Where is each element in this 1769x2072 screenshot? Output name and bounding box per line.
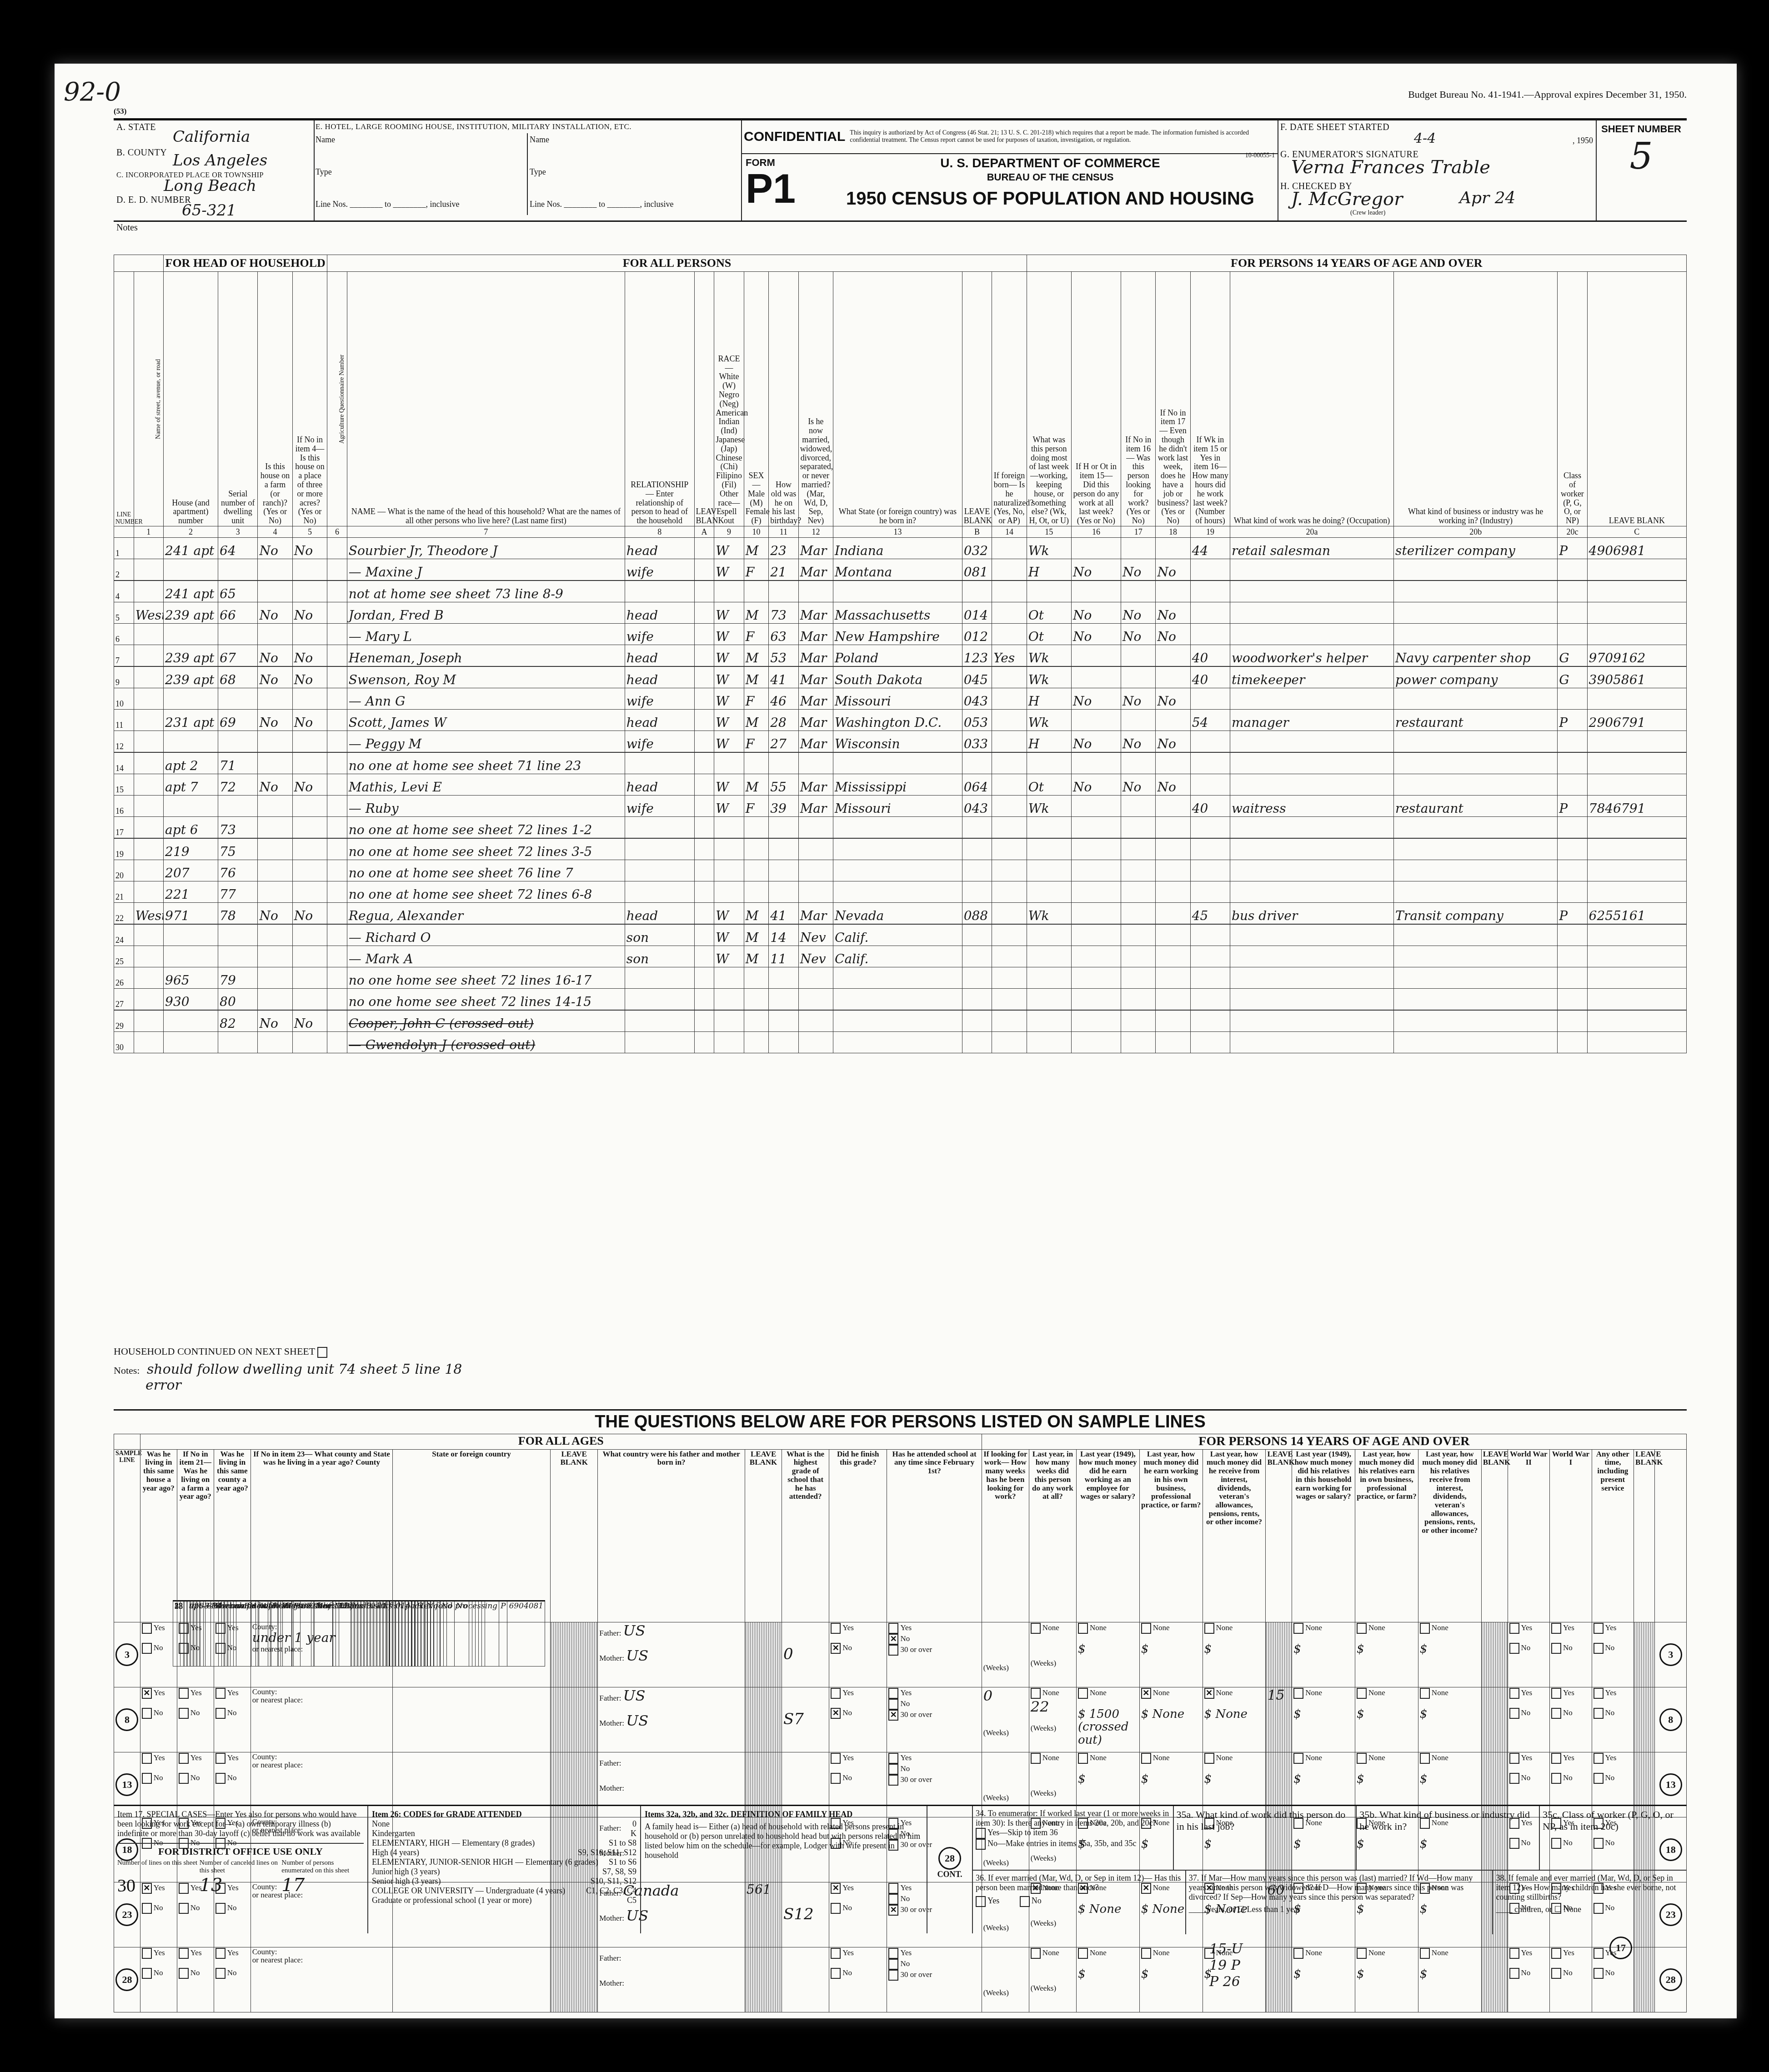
none-checkbox[interactable]	[1204, 1623, 1214, 1634]
farm-cell	[258, 881, 292, 903]
naturalized-cell	[992, 710, 1027, 731]
acres-cell	[292, 817, 327, 838]
leave-blank-a	[694, 688, 714, 710]
occupation-cell	[1230, 774, 1394, 796]
marital-cell: Mar	[798, 667, 833, 688]
none-checkbox[interactable]: ✕	[1141, 1688, 1151, 1699]
activity-cell: Wk	[1027, 796, 1071, 817]
no-checkbox[interactable]	[215, 1968, 226, 1979]
table-row: 6— Mary LwifeWF63MarNew Hampshire012OtNo…	[114, 624, 1687, 645]
yes-checkbox[interactable]	[142, 1948, 152, 1959]
attend-yes-checkbox[interactable]	[888, 1688, 898, 1699]
yes-checkbox[interactable]	[1551, 1753, 1561, 1764]
yes-checkbox[interactable]	[215, 1948, 226, 1959]
none-checkbox[interactable]	[1293, 1948, 1303, 1959]
none-checkbox[interactable]	[1031, 1753, 1041, 1764]
section-header-row: FOR HEAD OF HOUSEHOLD FOR ALL PERSONS FO…	[114, 255, 1687, 272]
q36-no-checkbox[interactable]	[1020, 1896, 1030, 1907]
agri-cell	[327, 796, 347, 817]
activity-cell: Wk	[1027, 538, 1071, 559]
relatives-wages-cell: None$	[1292, 1622, 1355, 1687]
leave-blank-a	[694, 710, 714, 731]
no-checkbox[interactable]	[1551, 1708, 1561, 1719]
hours-cell: 40	[1190, 667, 1230, 688]
ww2-cell: Yes No	[1508, 1687, 1550, 1752]
race-cell: W	[714, 667, 744, 688]
no-checkbox[interactable]	[1509, 1968, 1519, 1979]
race-cell: W	[714, 559, 744, 581]
code-b-cell: 014	[962, 602, 992, 624]
birthplace-cell	[833, 967, 962, 989]
line-number: 24	[114, 925, 134, 946]
leave-blank-h	[1634, 1947, 1655, 2012]
sex-cell	[744, 581, 769, 602]
no-checkbox[interactable]	[1594, 1773, 1604, 1784]
house-number-cell: 221	[164, 881, 218, 903]
name-cell: not at home see sheet 73 line 8-9	[347, 581, 625, 602]
no-checkbox[interactable]	[831, 1773, 841, 1784]
none-checkbox[interactable]	[1293, 1688, 1303, 1699]
hours-cell	[1190, 602, 1230, 624]
name-cell: no one at home see sheet 71 line 23	[347, 753, 625, 774]
code-c-cell: 9709162	[1587, 645, 1686, 666]
no-checkbox[interactable]	[1509, 1708, 1519, 1719]
q36-yes-checkbox[interactable]	[976, 1896, 986, 1907]
has-job-cell	[1156, 817, 1190, 838]
relationship-cell: wife	[625, 624, 694, 645]
worked-cell	[1071, 796, 1121, 817]
birthplace-cell: Calif.	[833, 946, 962, 967]
dwelling-serial-cell	[218, 925, 258, 946]
relationship-cell: head	[625, 710, 694, 731]
sex-cell: F	[744, 559, 769, 581]
leave-blank-a	[694, 881, 714, 903]
agri-cell	[327, 559, 347, 581]
naturalized-cell	[992, 624, 1027, 645]
acres-cell	[292, 753, 327, 774]
yes-checkbox[interactable]	[1594, 1623, 1604, 1634]
note-1: should follow dwelling unit 74 sheet 5 l…	[147, 1361, 462, 1377]
street-cell	[134, 839, 163, 860]
census-sheet: 92-0 (53) Budget Bureau No. 41-1941.—App…	[55, 64, 1737, 2018]
no-checkbox[interactable]	[215, 1708, 226, 1719]
grade-code-item: ELEMENTARY, HIGH — Elementary (8 grades)…	[372, 1838, 636, 1848]
none-checkbox[interactable]	[1357, 1688, 1367, 1699]
line-number: 4	[114, 581, 134, 602]
activity-cell	[1027, 989, 1071, 1010]
house-number-cell: 241 apt 14	[164, 581, 218, 602]
house-number-cell: 241 apt 12	[164, 538, 218, 559]
worked-cell	[1071, 989, 1121, 1010]
no-checkbox[interactable]	[142, 1968, 152, 1979]
farm-cell	[258, 925, 292, 946]
has-job-cell	[1156, 581, 1190, 602]
table-row: 17apt 673no one at home see sheet 72 lin…	[114, 817, 1687, 838]
code-b-cell: 064	[962, 774, 992, 796]
attend-no-checkbox[interactable]	[888, 1699, 898, 1710]
no-checkbox[interactable]	[1509, 1643, 1519, 1654]
code-c-cell	[1587, 1011, 1686, 1032]
none-checkbox[interactable]	[1293, 1753, 1303, 1764]
no-checkbox[interactable]	[1551, 1968, 1561, 1979]
farm-cell: No	[258, 602, 292, 624]
dwelling-serial-cell: 71	[218, 753, 258, 774]
sex-cell	[744, 839, 769, 860]
family-head-definition: Items 32a, 32b, and 32c. DEFINITION OF F…	[641, 1806, 927, 1933]
none-checkbox[interactable]	[1078, 1688, 1088, 1699]
sample-row: 28 Yes No Yes No Yes No County:or neares…	[114, 1947, 1687, 2012]
no-checkbox[interactable]	[179, 1773, 189, 1784]
sample-row: 8 ✕Yes No Yes No Yes No County:or neares…	[114, 1687, 1687, 1752]
relationship-cell: head	[625, 602, 694, 624]
farm-year-ago-cell: Yes No	[177, 1947, 214, 2012]
relationship-cell: head	[625, 538, 694, 559]
industry-cell	[1394, 1032, 1558, 1053]
farm-cell	[258, 817, 292, 838]
farm-cell: No	[258, 1011, 292, 1032]
occupation-cell	[1230, 624, 1394, 645]
yes-checkbox[interactable]	[1509, 1623, 1519, 1634]
yes-checkbox[interactable]	[1594, 1688, 1604, 1699]
name-cell: Cooper, John C (crossed out)	[347, 1011, 625, 1032]
birthplace-cell	[833, 581, 962, 602]
yes-checkbox[interactable]	[1509, 1948, 1519, 1959]
code-b-cell: 043	[962, 796, 992, 817]
naturalized-cell	[992, 581, 1027, 602]
none-checkbox[interactable]	[1031, 1623, 1041, 1634]
name-cell: Regua, Alexander	[347, 903, 625, 924]
none-checkbox[interactable]	[1141, 1753, 1151, 1764]
marital-cell: Mar	[798, 559, 833, 581]
age-cell: 63	[769, 624, 798, 645]
hours-cell	[1190, 839, 1230, 860]
birthplace-cell: Missouri	[833, 688, 962, 710]
code-c-cell	[1587, 731, 1686, 752]
none-checkbox[interactable]	[1357, 1948, 1367, 1959]
table-row: 2793080no one home see sheet 72 lines 14…	[114, 989, 1687, 1010]
leave-blank-h	[1634, 1622, 1655, 1687]
industry-cell	[1394, 1011, 1558, 1032]
sample-line-circle-right: 3	[1659, 1643, 1682, 1666]
yes-checkbox[interactable]	[831, 1948, 841, 1959]
attend-30-checkbox[interactable]	[888, 1970, 898, 1981]
yes-checkbox[interactable]	[1594, 1753, 1604, 1764]
name-cell: — Ruby	[347, 796, 625, 817]
grade-code-item: KindergartenK	[372, 1829, 636, 1838]
code-b-cell: 088	[962, 903, 992, 924]
marital-cell: Mar	[798, 710, 833, 731]
attend-30-checkbox[interactable]: ✕	[888, 1710, 898, 1721]
agri-cell	[327, 1011, 347, 1032]
yes-checkbox[interactable]	[831, 1623, 841, 1634]
naturalized-cell	[992, 817, 1027, 838]
sex-cell	[744, 967, 769, 989]
no-checkbox[interactable]	[831, 1968, 841, 1979]
attend-yes-checkbox[interactable]	[888, 1948, 898, 1959]
activity-cell: Wk	[1027, 710, 1071, 731]
form-id: P1	[746, 166, 796, 213]
footer-instructions: Item 17. SPECIAL CASES—Enter Yes also fo…	[114, 1805, 1687, 1933]
none-checkbox[interactable]	[1357, 1623, 1367, 1634]
yes-checkbox[interactable]	[831, 1753, 841, 1764]
yes-checkbox[interactable]	[1509, 1688, 1519, 1699]
leave-blank-d	[551, 1947, 598, 2012]
code-b-cell: 043	[962, 688, 992, 710]
leave-blank-a	[694, 989, 714, 1010]
marital-cell	[798, 881, 833, 903]
dwelling-serial-cell: 77	[218, 881, 258, 903]
no-checkbox[interactable]	[1509, 1773, 1519, 1784]
acres-cell: No	[292, 774, 327, 796]
finished-grade-cell: Yes ✕No	[829, 1622, 887, 1687]
worked-cell	[1071, 581, 1121, 602]
yes-checkbox[interactable]: ✕	[142, 1688, 152, 1699]
has-job-cell	[1156, 860, 1190, 881]
yes-checkbox[interactable]	[179, 1623, 189, 1634]
marital-cell: Nev	[798, 946, 833, 967]
age-cell: 73	[769, 602, 798, 624]
attend-yes-checkbox[interactable]	[888, 1753, 898, 1764]
none-checkbox[interactable]: ✕	[1204, 1688, 1214, 1699]
worked-cell: No	[1071, 774, 1121, 796]
no-checkbox[interactable]	[142, 1773, 152, 1784]
relationship-cell	[625, 753, 694, 774]
sex-cell: M	[744, 538, 769, 559]
sex-cell: M	[744, 903, 769, 924]
house-number-cell: 231 apt 4	[164, 710, 218, 731]
attend-no-checkbox[interactable]	[888, 1764, 898, 1775]
dwelling-serial-cell: 79	[218, 967, 258, 989]
q34-yes-checkbox[interactable]	[976, 1828, 986, 1839]
household-continued-checkbox[interactable]	[317, 1347, 327, 1358]
no-checkbox[interactable]	[142, 1643, 152, 1654]
no-checkbox[interactable]	[1594, 1708, 1604, 1719]
code-b-cell	[962, 946, 992, 967]
leave-blank-a	[694, 731, 714, 752]
population-rows: 1241 apt 1264NoNoSourbier Jr, Theodore J…	[114, 538, 1687, 1053]
no-checkbox[interactable]: ✕	[831, 1643, 841, 1654]
attend-no-checkbox[interactable]	[888, 1959, 898, 1970]
no-checkbox[interactable]	[1594, 1968, 1604, 1979]
leave-blank-d	[551, 1687, 598, 1752]
hours-cell	[1190, 559, 1230, 581]
age-cell: 23	[769, 538, 798, 559]
table-row: 10— Ann GwifeWF46MarMissouri043HNoNoNo	[114, 688, 1687, 710]
yes-checkbox[interactable]	[1551, 1623, 1561, 1634]
none-checkbox[interactable]	[1420, 1623, 1430, 1634]
street-cell	[134, 860, 163, 881]
dwelling-serial-cell	[218, 796, 258, 817]
leave-blank-h	[1634, 1687, 1655, 1752]
dwelling-serial-cell: 68	[218, 667, 258, 688]
none-checkbox[interactable]	[1420, 1948, 1430, 1959]
house-number-cell	[164, 559, 218, 581]
no-checkbox[interactable]	[142, 1708, 152, 1719]
enumerator-signature: Verna Frances Trable	[1291, 157, 1490, 178]
attended-school-cell: Yes No ✕30 or over	[887, 1687, 982, 1752]
house-number-cell	[164, 946, 218, 967]
no-checkbox[interactable]	[179, 1643, 189, 1654]
has-job-cell: No	[1156, 688, 1190, 710]
line-number: 30	[114, 1032, 134, 1053]
no-checkbox[interactable]: ✕	[831, 1708, 841, 1719]
hours-cell	[1190, 1032, 1230, 1053]
yes-checkbox[interactable]	[179, 1753, 189, 1764]
line-number: 16	[114, 796, 134, 817]
name-cell: — Richard O	[347, 925, 625, 946]
name-cell: Sourbier Jr, Theodore J	[347, 538, 625, 559]
checked-date: Apr 24	[1459, 189, 1516, 207]
ww1-cell: Yes No	[1550, 1947, 1592, 2012]
grade-code-item: Junior high (3 years)S7, S8, S9	[372, 1867, 636, 1877]
leave-blank-a	[694, 581, 714, 602]
looking-cell	[1121, 538, 1156, 559]
birthplace-cell: New Hampshire	[833, 624, 962, 645]
code-c-cell: 2906791	[1587, 710, 1686, 731]
grade-code-item: COLLEGE OR UNIVERSITY — Undergraduate (4…	[372, 1886, 636, 1896]
marital-cell: Mar	[798, 903, 833, 924]
occupation-cell	[1230, 688, 1394, 710]
name-cell: no one home see sheet 72 lines 16-17	[347, 967, 625, 989]
none-checkbox[interactable]	[1078, 1623, 1088, 1634]
yes-checkbox[interactable]	[1594, 1948, 1604, 1959]
no-checkbox[interactable]	[1551, 1773, 1561, 1784]
none-checkbox[interactable]	[1204, 1753, 1214, 1764]
yes-checkbox[interactable]	[215, 1623, 226, 1634]
none-checkbox[interactable]	[1078, 1753, 1088, 1764]
class-cell	[1558, 989, 1587, 1010]
race-cell	[714, 1032, 744, 1053]
other-income-cell: ✕None$ None	[1203, 1687, 1266, 1752]
code-b-cell	[962, 817, 992, 838]
yes-checkbox[interactable]	[1551, 1688, 1561, 1699]
class-cell	[1558, 731, 1587, 752]
industry-cell: restaurant	[1394, 796, 1558, 817]
none-checkbox[interactable]	[1420, 1753, 1430, 1764]
leave-blank-a	[694, 1011, 714, 1032]
occupation-cell: bus driver	[1230, 903, 1394, 924]
leave-blank-a	[694, 559, 714, 581]
none-checkbox[interactable]	[1357, 1753, 1367, 1764]
finished-grade-cell: Yes ✕No	[829, 1687, 887, 1752]
line-number: 6	[114, 624, 134, 645]
sample-line-circle: 8	[115, 1708, 138, 1731]
none-checkbox[interactable]	[1141, 1623, 1151, 1634]
birthplace-cell: Wisconsin	[833, 731, 962, 752]
industry-cell: sterilizer company	[1394, 538, 1558, 559]
attend-30-checkbox[interactable]	[888, 1775, 898, 1786]
name-cell: — Mark A	[347, 946, 625, 967]
race-cell: W	[714, 796, 744, 817]
attend-30-checkbox[interactable]	[888, 1645, 898, 1656]
yes-checkbox[interactable]	[831, 1688, 841, 1699]
table-row: 12— Peggy MwifeWF27MarWisconsin033HNoNoN…	[114, 731, 1687, 752]
code-c-cell	[1587, 688, 1686, 710]
attend-yes-checkbox[interactable]	[888, 1623, 898, 1634]
agri-cell	[327, 989, 347, 1010]
relatives-business-cell: None$	[1355, 1687, 1418, 1752]
none-checkbox[interactable]	[1420, 1688, 1430, 1699]
line-number: 17	[114, 817, 134, 838]
leave-blank-a	[694, 667, 714, 688]
street-cell	[134, 1011, 163, 1032]
yes-checkbox[interactable]	[142, 1753, 152, 1764]
none-checkbox[interactable]	[1031, 1948, 1041, 1959]
line-number: 14	[114, 753, 134, 774]
yes-checkbox[interactable]	[142, 1623, 152, 1634]
activity-cell	[1027, 967, 1071, 989]
hours-cell	[1190, 774, 1230, 796]
none-checkbox[interactable]	[1031, 1688, 1041, 1699]
yes-checkbox[interactable]	[179, 1688, 189, 1699]
yes-checkbox[interactable]	[215, 1753, 226, 1764]
sample-row: 3 Yes No Yes No Yes No County:under 1 ye…	[114, 1622, 1687, 1687]
state-cell	[393, 1947, 551, 2012]
acres-cell	[292, 989, 327, 1010]
class-cell	[1558, 602, 1587, 624]
canceled-lines: 13	[200, 1875, 282, 1896]
q34-no-checkbox[interactable]	[976, 1839, 986, 1850]
race-cell: W	[714, 538, 744, 559]
relationship-cell	[625, 967, 694, 989]
hours-cell: 40	[1190, 645, 1230, 666]
looking-cell: No	[1121, 559, 1156, 581]
age-cell	[769, 839, 798, 860]
no-checkbox[interactable]	[1594, 1643, 1604, 1654]
sheet-number: 5	[1596, 135, 1687, 177]
none-checkbox[interactable]	[1141, 1948, 1151, 1959]
street-cell	[134, 731, 163, 752]
yes-checkbox[interactable]	[1509, 1753, 1519, 1764]
place-value: Long Beach	[164, 177, 256, 195]
code-c-cell	[1587, 559, 1686, 581]
street-cell	[134, 817, 163, 838]
no-checkbox[interactable]	[179, 1708, 189, 1719]
no-checkbox[interactable]	[179, 1968, 189, 1979]
class-cell	[1558, 581, 1587, 602]
none-checkbox[interactable]	[1078, 1948, 1088, 1959]
name-cell: — Peggy M	[347, 731, 625, 752]
looking-cell	[1121, 817, 1156, 838]
line-number: 27	[114, 989, 134, 1010]
code-c-cell	[1587, 581, 1686, 602]
yes-checkbox[interactable]	[1551, 1948, 1561, 1959]
attend-no-checkbox[interactable]: ✕	[888, 1634, 898, 1645]
naturalized-cell	[992, 559, 1027, 581]
line-number: 9	[114, 667, 134, 688]
other-service-cell: Yes No	[1592, 1687, 1634, 1752]
agri-cell	[327, 860, 347, 881]
yes-checkbox[interactable]	[179, 1948, 189, 1959]
no-checkbox[interactable]	[1551, 1643, 1561, 1654]
acres-cell	[292, 839, 327, 860]
grade-codes: Item 26: CODES for GRADE ATTENDED None0K…	[368, 1806, 641, 1933]
looking-cell: No	[1121, 602, 1156, 624]
line-number: 29	[114, 1011, 134, 1032]
weeks-worked-cell: None22(Weeks)	[1029, 1687, 1076, 1752]
code-c-cell	[1587, 860, 1686, 881]
yes-checkbox[interactable]	[215, 1688, 226, 1699]
age-cell: 21	[769, 559, 798, 581]
street-cell: Western Ave	[134, 602, 163, 624]
street-cell	[134, 753, 163, 774]
house-number-cell: apt 7	[164, 774, 218, 796]
none-checkbox[interactable]	[1293, 1623, 1303, 1634]
no-checkbox[interactable]	[215, 1773, 226, 1784]
same-county-cell: Yes No	[214, 1947, 251, 2012]
no-checkbox[interactable]	[215, 1643, 226, 1654]
farm-cell	[258, 559, 292, 581]
